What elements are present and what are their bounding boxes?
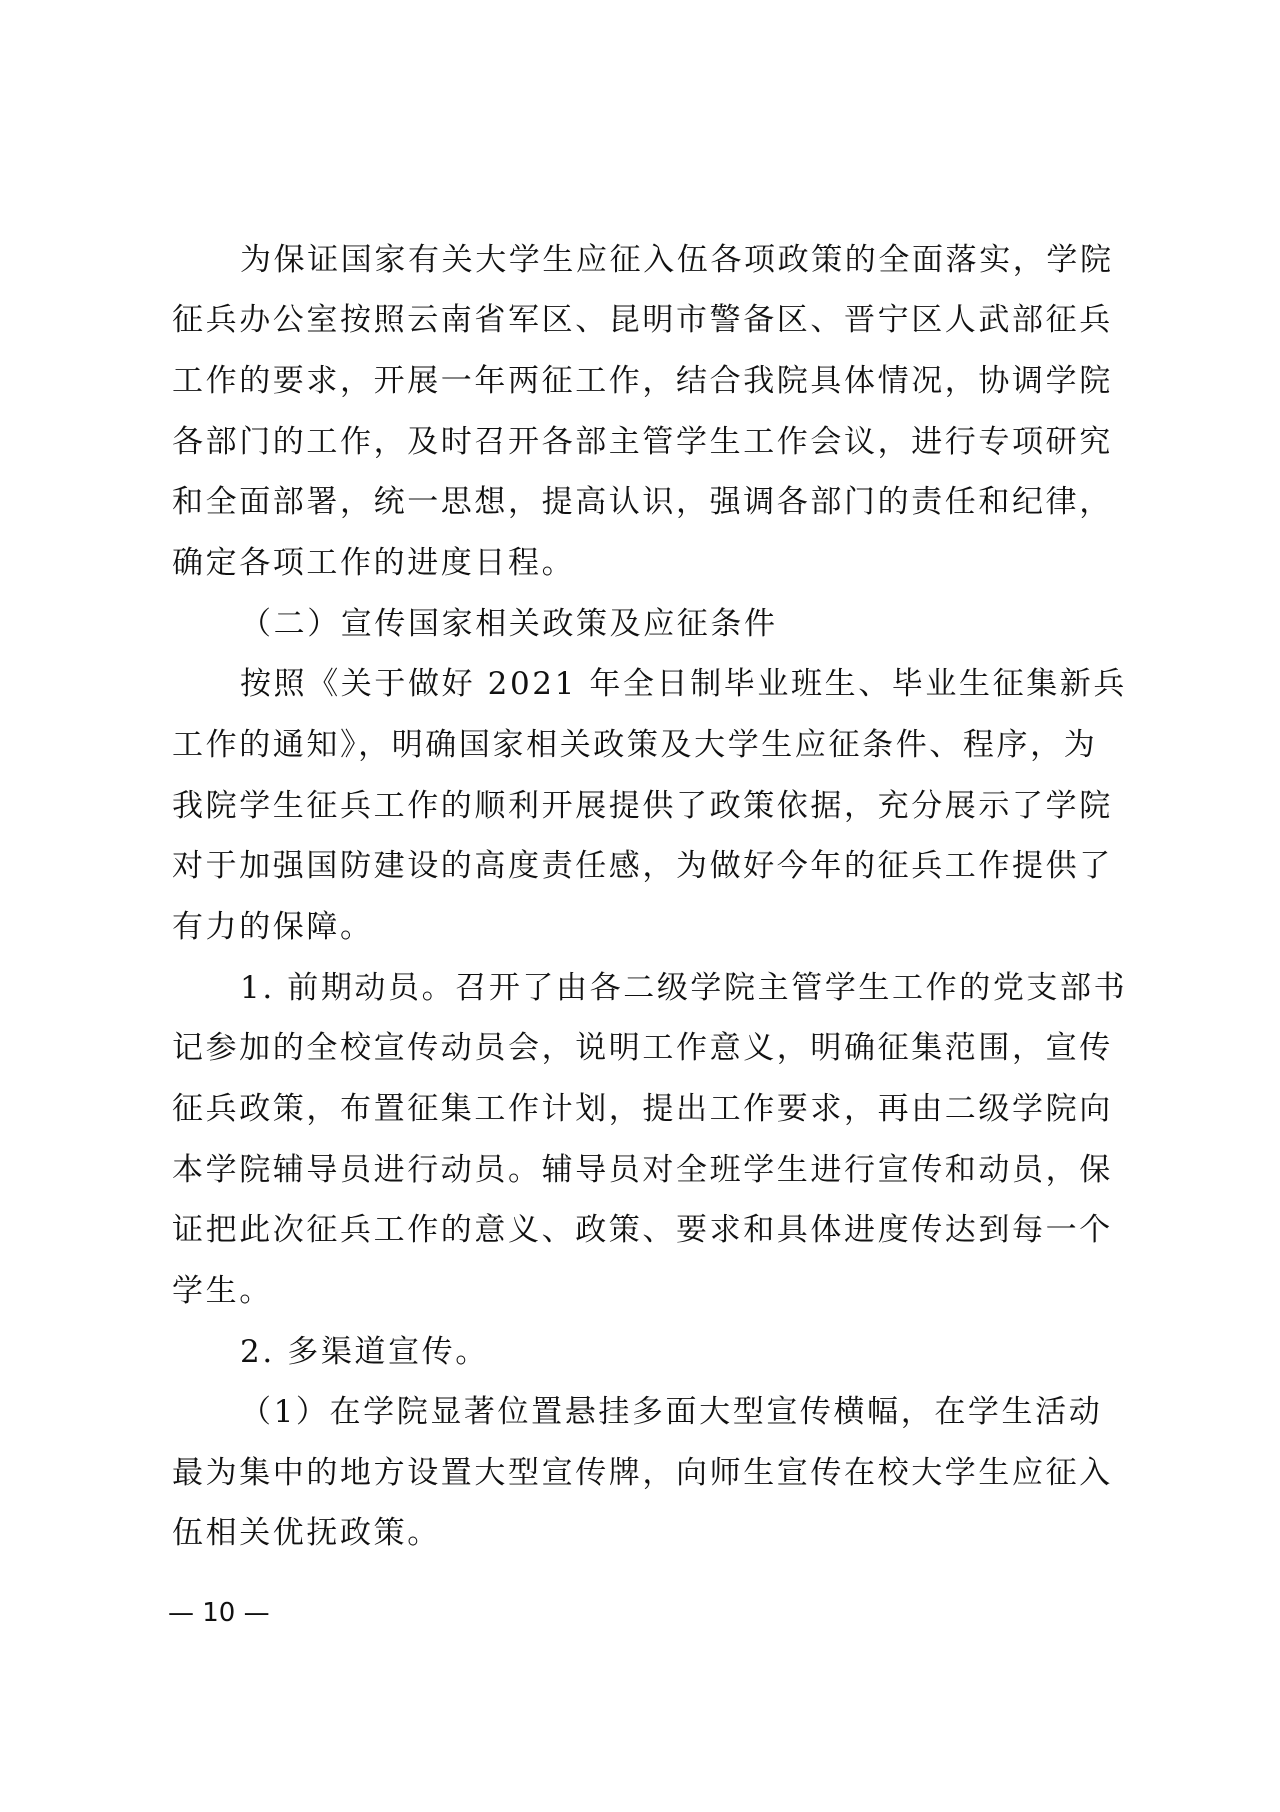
paragraph-1-line-4: 各部门的工作，及时召开各部主管学生工作会议，进行专项研究 [172,422,1113,462]
document-page: 为保证国家有关大学生应征入伍各项政策的全面落实，学院 征兵办公室按照云南省军区、… [0,0,1280,1812]
paragraph-1-line-3: 工作的要求，开展一年两征工作，结合我院具体情况，协调学院 [172,361,1113,401]
paragraph-1-line-1: 为保证国家有关大学生应征入伍各项政策的全面落实，学院 [240,240,1114,280]
section-heading: （二）宣传国家相关政策及应征条件 [240,604,778,644]
paragraph-5-line-2: 最为集中的地方设置大型宣传牌，向师生宣传在校大学生应征入 [172,1453,1113,1493]
paragraph-1-line-6: 确定各项工作的进度日程。 [172,543,575,583]
paragraph-3-line-5: 证把此次征兵工作的意义、政策、要求和具体进度传达到每一个 [172,1210,1113,1250]
paragraph-3-line-4: 本学院辅导员进行动员。辅导员对全班学生进行宣传和动员，保 [172,1150,1113,1190]
paragraph-2-line-2: 工作的通知》，明确国家相关政策及大学生应征条件、程序，为 [172,725,1097,765]
paragraph-3-line-3: 征兵政策，布置征集工作计划，提出工作要求，再由二级学院向 [172,1089,1113,1129]
paragraph-4-line-1: 2. 多渠道宣传。 [240,1332,489,1372]
paragraph-1-line-2: 征兵办公室按照云南省军区、昆明市警备区、晋宁区人武部征兵 [172,300,1113,340]
paragraph-2-line-3: 我院学生征兵工作的顺利开展提供了政策依据，充分展示了学院 [172,786,1113,826]
paragraph-3-line-6: 学生。 [172,1271,273,1311]
page-number: — 10 — [168,1598,270,1628]
paragraph-5-line-3: 伍相关优抚政策。 [172,1513,441,1553]
paragraph-1-line-5: 和全面部署，统一思想，提高认识，强调各部门的责任和纪律， [172,482,1113,522]
paragraph-3-line-1: 1. 前期动员。召开了由各二级学院主管学生工作的党支部书 [240,968,1127,1008]
paragraph-5-line-1: （1）在学院显著位置悬挂多面大型宣传横幅，在学生活动 [240,1392,1102,1432]
paragraph-2-line-1: 按照《关于做好 2021 年全日制毕业班生、毕业生征集新兵 [240,664,1127,704]
paragraph-2-line-4: 对于加强国防建设的高度责任感，为做好今年的征兵工作提供了 [172,846,1113,886]
paragraph-3-line-2: 记参加的全校宣传动员会，说明工作意义，明确征集范围，宣传 [172,1028,1113,1068]
paragraph-2-line-5: 有力的保障。 [172,907,374,947]
